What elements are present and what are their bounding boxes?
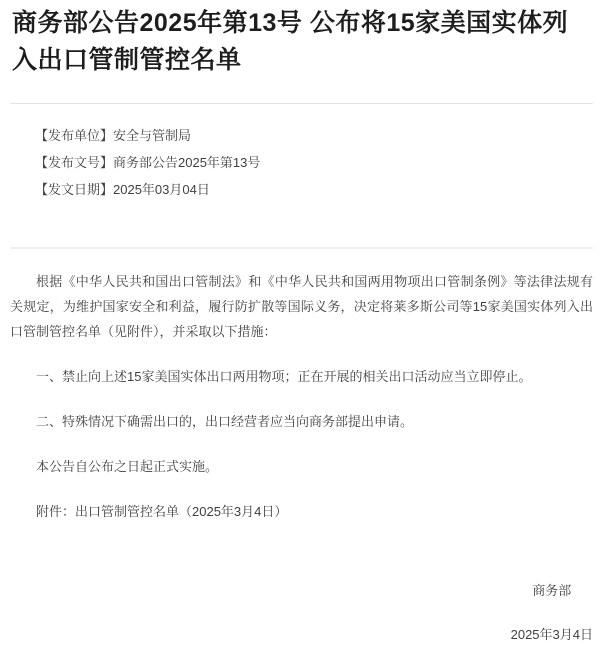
meta-value-issue-date: 2025年03月04日 <box>113 182 210 197</box>
meta-label-document-number: 【发布文号】 <box>35 155 113 170</box>
paragraph-attachment: 附件：出口管制管控名单（2025年3月4日） <box>10 499 593 524</box>
paragraph-effective-date: 本公告自公布之日起正式实施。 <box>10 454 593 479</box>
signature-date: 2025年3月4日 <box>511 622 593 647</box>
title-divider <box>10 103 593 104</box>
meta-label-issue-date: 【发文日期】 <box>35 182 113 197</box>
page-title: 商务部公告2025年第13号 公布将15家美国实体列入出口管制管控名单 <box>12 5 593 79</box>
paragraph-legal-basis: 根据《中华人民共和国出口管制法》和《中华人民共和国两用物项出口管制条例》等法律法… <box>10 269 593 344</box>
meta-row-issue-date: 【发文日期】2025年03月04日 <box>35 176 593 203</box>
signature-block: 商务部 2025年3月4日 <box>511 578 593 647</box>
signature-issuer: 商务部 <box>511 578 593 603</box>
section-divider <box>10 247 593 249</box>
meta-block: 【发布单位】安全与管制局 【发布文号】商务部公告2025年第13号 【发文日期】… <box>35 122 593 203</box>
paragraph-measure-two: 二、特殊情况下确需出口的，出口经营者应当向商务部提出申请。 <box>10 409 593 434</box>
meta-row-document-number: 【发布文号】商务部公告2025年第13号 <box>35 149 593 176</box>
announcement-page: 商务部公告2025年第13号 公布将15家美国实体列入出口管制管控名单 【发布单… <box>0 5 600 671</box>
meta-row-issuing-unit: 【发布单位】安全与管制局 <box>35 122 593 149</box>
paragraph-measure-one: 一、禁止向上述15家美国实体出口两用物项；正在开展的相关出口活动应当立即停止。 <box>10 364 593 389</box>
meta-label-issuing-unit: 【发布单位】 <box>35 128 113 143</box>
meta-value-document-number: 商务部公告2025年第13号 <box>113 155 260 170</box>
announcement-body: 根据《中华人民共和国出口管制法》和《中华人民共和国两用物项出口管制条例》等法律法… <box>10 269 593 524</box>
meta-value-issuing-unit: 安全与管制局 <box>113 128 191 143</box>
